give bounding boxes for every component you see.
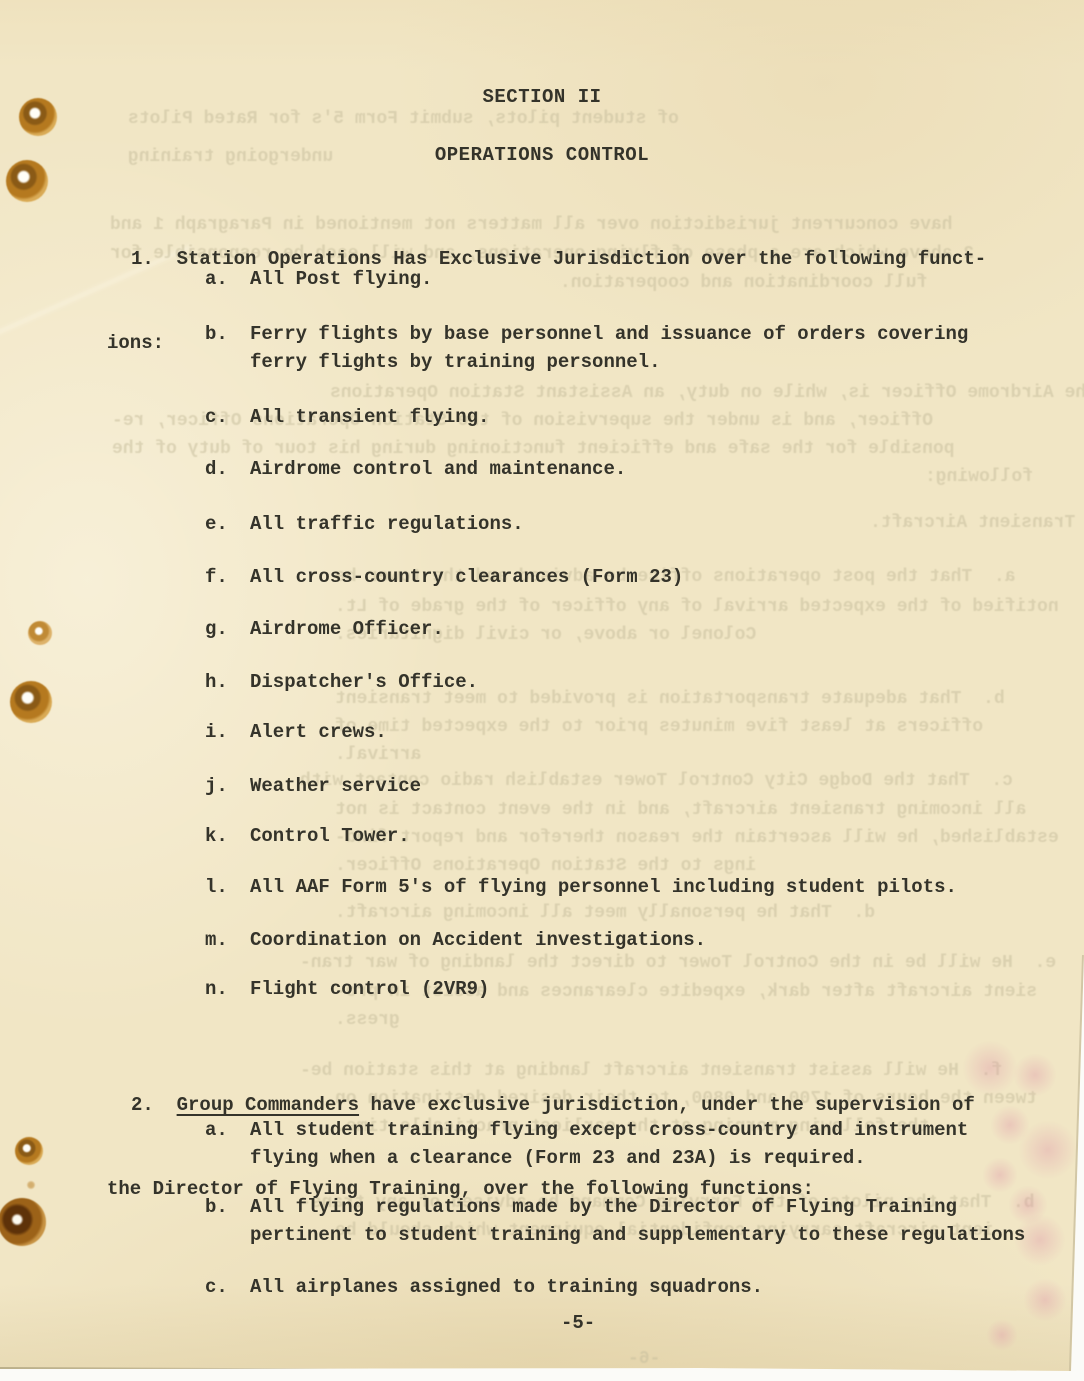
item-line: ferry flights by training personnel. — [250, 348, 968, 376]
section-heading: SECTION II — [0, 83, 1084, 111]
paragraph-line: 2. Group Commanders have exclusive juris… — [107, 1091, 975, 1119]
list-item: n.Flight control (2VR9) — [205, 975, 489, 1003]
item-label: k. — [205, 822, 250, 850]
item-label: b. — [205, 320, 250, 348]
item-text: All traffic regulations. — [250, 510, 524, 538]
item-text: Dispatcher's Office. — [250, 668, 478, 696]
item-line: Control Tower. — [250, 822, 410, 850]
item-label: m. — [205, 926, 250, 954]
list-item: h.Dispatcher's Office. — [205, 668, 478, 696]
item-line: All airplanes assigned to training squad… — [250, 1273, 763, 1301]
list-item: a.All student training flying except cro… — [205, 1116, 968, 1172]
paragraph-1: 1. Station Operations Has Exclusive Juri… — [107, 189, 986, 413]
item-line: All cross-country clearances (Form 23) — [250, 563, 683, 591]
item-line: Ferry flights by base personnel and issu… — [250, 320, 968, 348]
item-label: c. — [205, 1273, 250, 1301]
item-label: h. — [205, 668, 250, 696]
item-text: All AAF Form 5's of flying personnel inc… — [250, 873, 957, 901]
item-line: All flying regulations made by the Direc… — [250, 1193, 1025, 1221]
item-text: Flight control (2VR9) — [250, 975, 489, 1003]
item-line: Weather service — [250, 772, 421, 800]
item-label: i. — [205, 718, 250, 746]
list-item: j.Weather service — [205, 772, 421, 800]
item-line: flying when a clearance (Form 23 and 23A… — [250, 1144, 968, 1172]
paragraph-number: 2. — [131, 1094, 177, 1116]
item-text: All cross-country clearances (Form 23) — [250, 563, 683, 591]
item-text: Control Tower. — [250, 822, 410, 850]
list-item: b.Ferry flights by base personnel and is… — [205, 320, 968, 376]
item-line: Airdrome Officer. — [250, 615, 444, 643]
item-text: Ferry flights by base personnel and issu… — [250, 320, 968, 376]
underlined-phrase: Group Commanders — [177, 1094, 359, 1116]
list-item: k.Control Tower. — [205, 822, 410, 850]
item-label: a. — [205, 1116, 250, 1144]
item-text: Airdrome Officer. — [250, 615, 444, 643]
item-line: All AAF Form 5's of flying personnel inc… — [250, 873, 957, 901]
list-item: a.All Post flying. — [205, 265, 432, 293]
item-line: pertinent to student training and supple… — [250, 1221, 1025, 1249]
item-text: Alert crews. — [250, 718, 387, 746]
item-label: c. — [205, 403, 250, 431]
document-title: OPERATIONS CONTROL — [0, 141, 1084, 169]
item-line: All student training flying except cross… — [250, 1116, 968, 1144]
item-line: All traffic regulations. — [250, 510, 524, 538]
item-line: All Post flying. — [250, 265, 432, 293]
item-line: Coordination on Accident investigations. — [250, 926, 706, 954]
list-item: c.All airplanes assigned to training squ… — [205, 1273, 763, 1301]
list-item: f.All cross-country clearances (Form 23) — [205, 563, 683, 591]
item-label: n. — [205, 975, 250, 1003]
typewritten-content: SECTION II OPERATIONS CONTROL 1. Station… — [0, 0, 1084, 1381]
list-item: g.Airdrome Officer. — [205, 615, 444, 643]
paragraph-text: have exclusive jurisdiction, under the s… — [359, 1094, 975, 1116]
item-label: b. — [205, 1193, 250, 1221]
item-line: Flight control (2VR9) — [250, 975, 489, 1003]
list-item: e.All traffic regulations. — [205, 510, 524, 538]
item-text: Weather service — [250, 772, 421, 800]
item-text: Coordination on Accident investigations. — [250, 926, 706, 954]
item-label: a. — [205, 265, 250, 293]
list-item: i.Alert crews. — [205, 718, 387, 746]
item-line: Dispatcher's Office. — [250, 668, 478, 696]
item-text: All Post flying. — [250, 265, 432, 293]
item-line: Alert crews. — [250, 718, 387, 746]
item-label: f. — [205, 563, 250, 591]
item-label: j. — [205, 772, 250, 800]
paper-sheet: of student pilots, submit Form 5's for R… — [0, 0, 1084, 1381]
item-text: All airplanes assigned to training squad… — [250, 1273, 763, 1301]
list-item: d.Airdrome control and maintenance. — [205, 455, 626, 483]
item-label: e. — [205, 510, 250, 538]
item-text: All transient flying. — [250, 403, 489, 431]
page-number: -5- — [561, 1309, 595, 1337]
list-item: m.Coordination on Accident investigation… — [205, 926, 706, 954]
list-item: b.All flying regulations made by the Dir… — [205, 1193, 1025, 1249]
list-item: l.All AAF Form 5's of flying personnel i… — [205, 873, 957, 901]
item-label: g. — [205, 615, 250, 643]
item-label: l. — [205, 873, 250, 901]
item-text: All flying regulations made by the Direc… — [250, 1193, 1025, 1249]
item-line: All transient flying. — [250, 403, 489, 431]
item-line: Airdrome control and maintenance. — [250, 455, 626, 483]
item-text: All student training flying except cross… — [250, 1116, 968, 1172]
item-text: Airdrome control and maintenance. — [250, 455, 626, 483]
item-label: d. — [205, 455, 250, 483]
list-item: c.All transient flying. — [205, 403, 489, 431]
